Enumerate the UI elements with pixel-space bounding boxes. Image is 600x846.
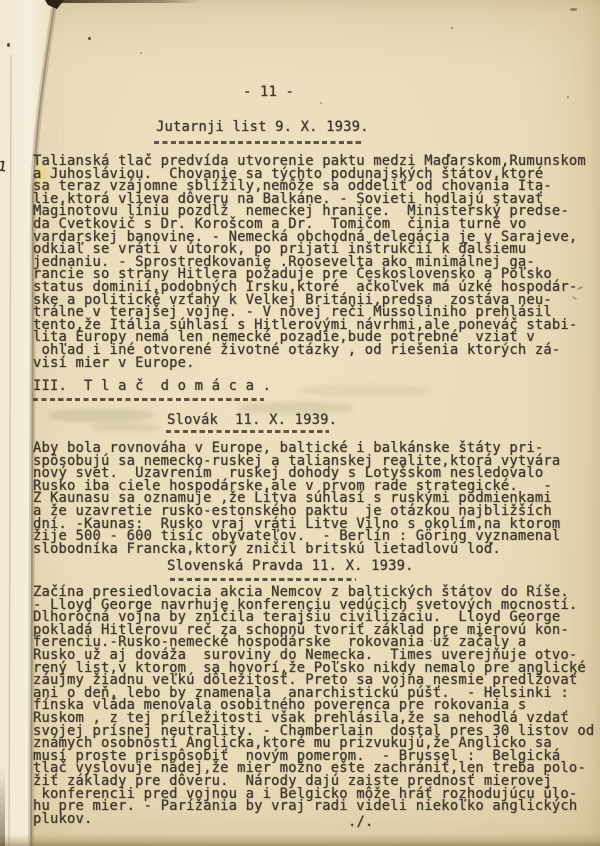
ink-bleed-smudge [300, 385, 430, 396]
article-title-jutarnji-list: Jutarnji list 9. X. 1939. [156, 121, 369, 134]
ink-bleed-smudge [90, 423, 160, 432]
paper-speck [7, 43, 10, 47]
dashed-underline [166, 430, 329, 433]
dashed-underline [33, 398, 264, 401]
paper-speck [451, 27, 453, 29]
dashed-underline [170, 578, 356, 581]
page-number: - 11 - [243, 86, 294, 99]
bottom-edge-shadow [0, 834, 600, 846]
paper-speck [88, 37, 91, 40]
article-body-jutarnji-list: Talianská tlač predvída utvorenie paktu … [33, 155, 586, 369]
ink-bleed-smudge [48, 409, 153, 422]
article-body-slovak: Aby bola rovnováha v Europe, baltické i … [33, 442, 560, 555]
paper-speck [567, 96, 569, 98]
dashed-underline [154, 141, 364, 144]
top-edge-shadow [52, 0, 202, 3]
article-body-slovenska-pravda: Začína presiedlovacia akcia Nemcov z bal… [33, 586, 594, 825]
article-title-slovak: Slovák 11. X. 1939. [167, 414, 337, 427]
end-mark: ./. [348, 816, 374, 829]
paper-speck [140, 52, 142, 54]
article-title-slovenska-pravda: Slovenská Pravda 11. X. 1939. [167, 560, 414, 573]
paper-speck [570, 8, 577, 11]
scanned-page: 1 - 11 - Jutarnji list 9. X. 1939. Talia… [0, 0, 600, 846]
section-heading-tlac-domaca: III. T l a č d o m á c a . [33, 380, 271, 393]
paper-speck [320, 102, 322, 104]
